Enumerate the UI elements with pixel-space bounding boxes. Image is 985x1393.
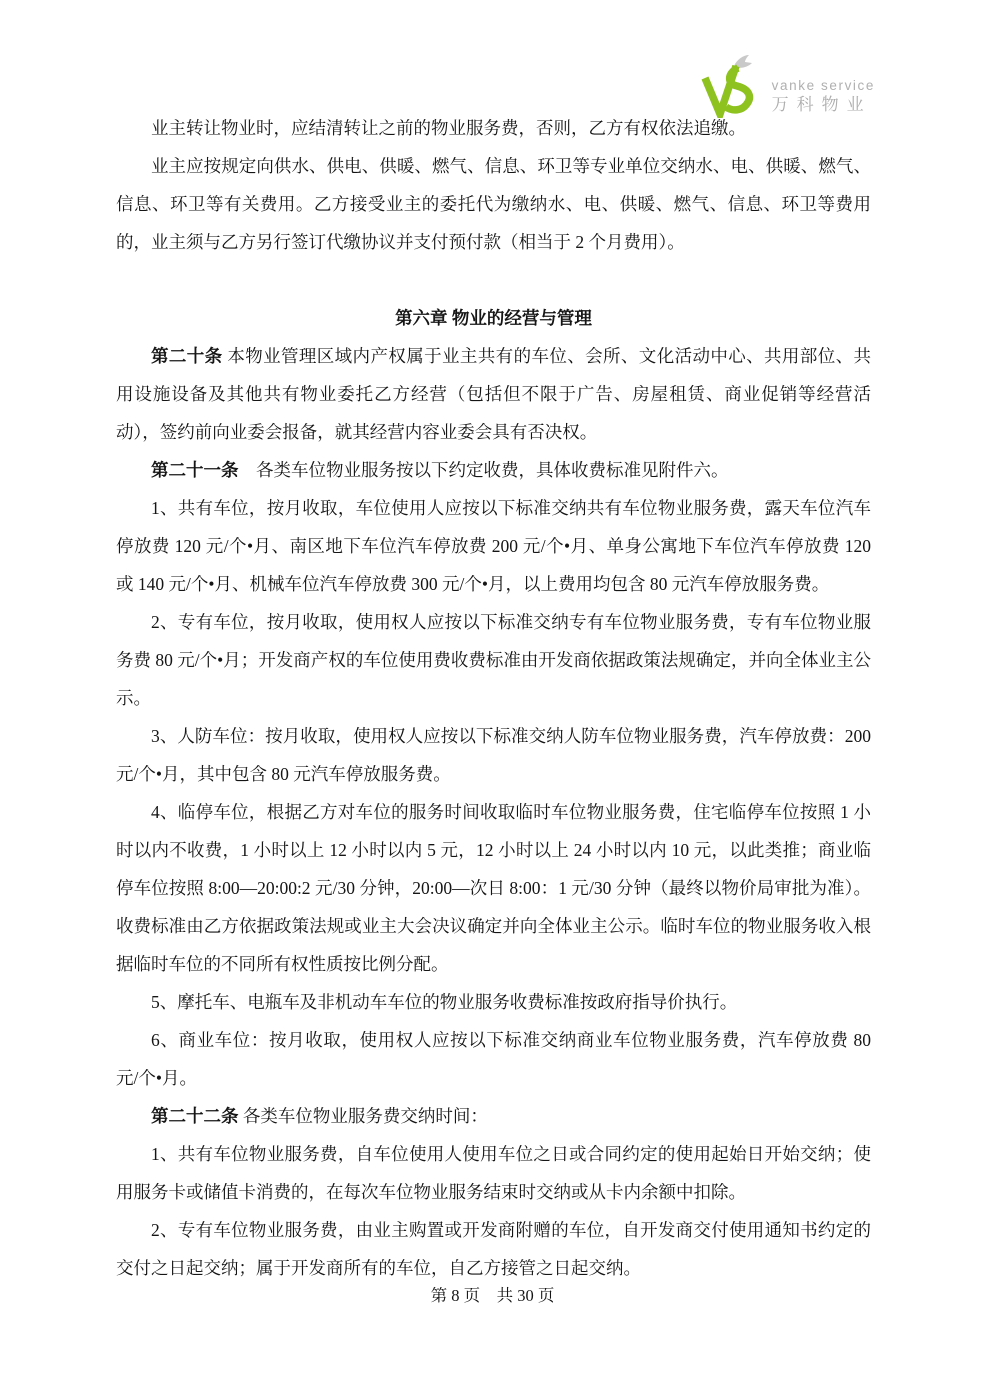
paragraph: 业主应按规定向供水、供电、供暖、燃气、信息、环卫等专业单位交纳水、电、供暖、燃气…	[116, 147, 871, 261]
paragraph: 1、共有车位，按月收取，车位使用人应按以下标准交纳共有车位物业服务费，露天车位汽…	[116, 489, 871, 603]
paragraph: 2、专有车位物业服务费，由业主购置或开发商附赠的车位，自开发商交付使用通知书约定…	[116, 1211, 871, 1287]
paragraph: 5、摩托车、电瓶车及非机动车车位的物业服务收费标准按政府指导价执行。	[116, 983, 871, 1021]
clause-number: 第二十一条	[151, 460, 239, 480]
paragraph: 3、人防车位：按月收取，使用权人应按以下标准交纳人防车位物业服务费，汽车停放费：…	[116, 717, 871, 793]
vanke-logo: vanke service 万科物业	[700, 50, 875, 118]
logo-brand-en: vanke service	[772, 78, 875, 94]
paragraph: 6、商业车位：按月收取，使用权人应按以下标准交纳商业车位物业服务费，汽车停放费 …	[116, 1021, 871, 1097]
paragraph: 4、临停车位，根据乙方对车位的服务时间收取临时车位物业服务费，住宅临停车位按照 …	[116, 793, 871, 983]
paragraph: 业主转让物业时，应结清转让之前的物业服务费，否则，乙方有权依法追缴。	[116, 109, 871, 147]
paragraph: 第二十二条 各类车位物业服务费交纳时间：	[116, 1097, 871, 1135]
paragraph: 第二十条 本物业管理区域内产权属于业主共有的车位、会所、文化活动中心、共用部位、…	[116, 337, 871, 451]
paragraph: 第二十一条 各类车位物业服务按以下约定收费，具体收费标准见附件六。	[116, 451, 871, 489]
chapter-heading: 第六章 物业的经营与管理	[116, 299, 871, 337]
paragraph: 2、专有车位，按月收取，使用权人应按以下标准交纳专有车位物业服务费，专有车位物业…	[116, 603, 871, 717]
paragraph: 1、共有车位物业服务费，自车位使用人使用车位之日或合同约定的使用起始日开始交纳；…	[116, 1135, 871, 1211]
clause-number: 第二十二条	[151, 1106, 239, 1126]
document-body: 业主转让物业时，应结清转让之前的物业服务费，否则，乙方有权依法追缴。业主应按规定…	[116, 109, 871, 1287]
page-number: 第 8 页 共 30 页	[431, 1286, 555, 1305]
clause-number: 第二十条	[151, 346, 223, 366]
page-footer: 第 8 页 共 30 页	[0, 1282, 985, 1306]
document-page: vanke service 万科物业 业主转让物业时，应结清转让之前的物业服务费…	[0, 0, 985, 1393]
